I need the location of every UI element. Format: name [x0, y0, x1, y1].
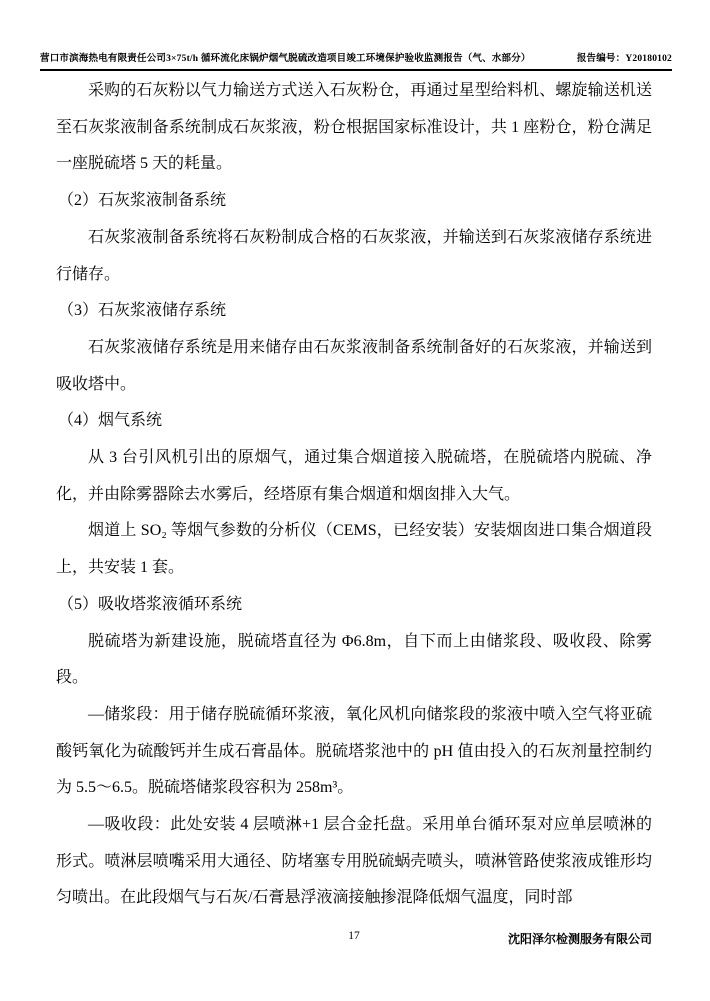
document-page: 营口市滨海热电有限责任公司3×75t/h 循环流化床锅炉烟气脱硫改造项目竣工环境… [0, 0, 710, 1001]
paragraph-limestone-powder-transport: 采购的石灰粉以气力输送方式送入石灰粉仓，再通过星型给料机、螺旋输送机送至石灰浆液… [56, 73, 652, 183]
company-name: 沈阳泽尔检测服务有限公司 [508, 930, 652, 947]
paragraph-slurry-preparation: 石灰浆液制备系统将石灰粉制成合格的石灰浆液，并输送到石灰浆液储存系统进行储存。 [56, 220, 652, 293]
document-body: 采购的石灰粉以气力输送方式送入石灰粉仓，再通过星型给料机、螺旋输送机送至石灰浆液… [56, 73, 652, 917]
report-title: 营口市滨海热电有限责任公司3×75t/h 循环流化床锅炉烟气脱硫改造项目竣工环境… [40, 50, 531, 64]
paragraph-slurry-storage: 石灰浆液储存系统是用来储存由石灰浆液制备系统制备好的石灰浆液，并输送到吸收塔中。 [56, 330, 652, 403]
heading-section-3-slurry-storage: （3）石灰浆液储存系统 [56, 293, 652, 330]
page-header: 营口市滨海热电有限责任公司3×75t/h 循环流化床锅炉烟气脱硫改造项目竣工环境… [40, 50, 672, 71]
paragraph-absorption-section: —吸收段：此处安装 4 层喷淋+1 层合金托盘。采用单台循环泵对应单层喷淋的形式… [56, 807, 652, 917]
paragraph-cems-analyzer: 烟道上 SO₂ 等烟气参数的分析仪（CEMS，已经安装）安装烟囱进口集合烟道段上… [56, 513, 652, 586]
heading-section-2-slurry-preparation: （2）石灰浆液制备系统 [56, 183, 652, 220]
paragraph-absorber-tower-specs: 脱硫塔为新建设施，脱硫塔直径为 Φ6.8m，自下而上由储浆段、吸收段、除雾段。 [56, 624, 652, 697]
heading-section-5-absorber-circulation: （5）吸收塔浆液循环系统 [56, 587, 652, 624]
heading-section-4-flue-gas-system: （4）烟气系统 [56, 403, 652, 440]
report-number: 报告编号：Y20180102 [577, 50, 672, 64]
paragraph-flue-gas-path: 从 3 台引风机引出的原烟气，通过集合烟道接入脱硫塔，在脱硫塔内脱硫、净化，并由… [56, 440, 652, 513]
page-footer: 17 沈阳泽尔检测服务有限公司 [56, 930, 652, 950]
paragraph-slurry-storage-section: —储浆段：用于储存脱硫循环浆液，氧化风机向储浆段的浆液中喷入空气将亚硫酸钙氧化为… [56, 697, 652, 807]
